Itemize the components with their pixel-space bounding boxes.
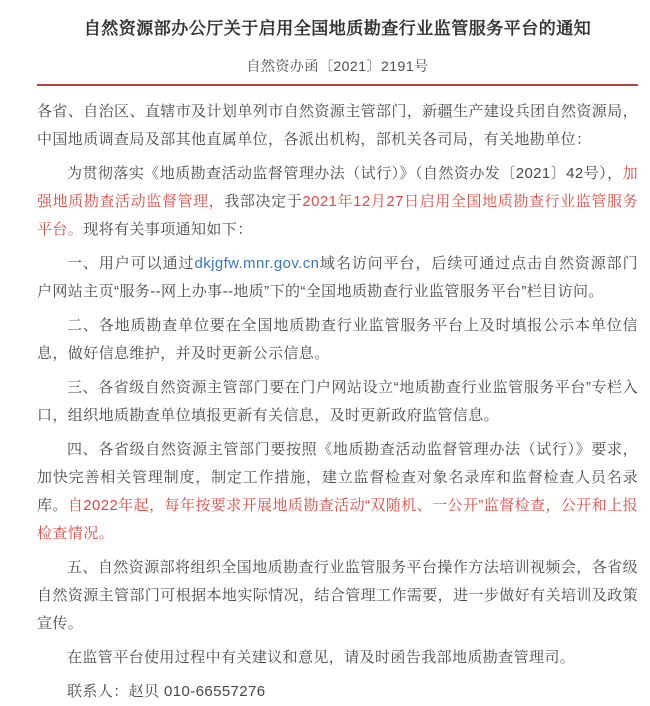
paragraph-5: 三、各省级自然资源主管部门要在门户网站设立“地质勘查行业监管服务平台”专栏入口，…: [37, 374, 638, 430]
paragraph-6: 四、各省级自然资源主管部门要按照《地质勘查活动监督管理办法（试行）》要求，加快完…: [37, 436, 638, 548]
paragraph-4: 二、各地质勘查单位要在全国地质勘查行业监管服务平台上及时填报公示本单位信息，做好…: [37, 312, 638, 368]
document-number: 自然资办函〔2021〕2191号: [37, 57, 638, 75]
text-segment: 为贯彻落实《地质勘查活动监督管理办法（试行）》（自然资办发〔2021〕42号），: [67, 165, 623, 182]
text-segment: 各省、自治区、直辖市及计划单列市自然资源主管部门，新疆生产建设兵团自然资源局，中…: [37, 103, 638, 148]
red-divider-line: [37, 84, 638, 86]
text-segment: 联系人：赵贝 010-66557276: [67, 683, 266, 700]
paragraph-3: 一、用户可以通过dkjgfw.mnr.gov.cn域名访问平台，后续可通过点击自…: [37, 250, 638, 306]
paragraph-2: 为贯彻落实《地质勘查活动监督管理办法（试行）》（自然资办发〔2021〕42号），…: [37, 160, 638, 244]
paragraph-8: 在监管平台使用过程中有关建议和意见，请及时函告我部地质勘查管理司。: [37, 644, 638, 672]
platform-url-link[interactable]: dkjgfw.mnr.gov.cn: [194, 255, 319, 272]
paragraph-9: 联系人：赵贝 010-66557276: [37, 678, 638, 706]
document-body: 各省、自治区、直辖市及计划单列市自然资源主管部门，新疆生产建设兵团自然资源局，中…: [37, 98, 638, 706]
text-segment: 现将有关事项通知如下：: [83, 221, 252, 238]
text-segment: 在监管平台使用过程中有关建议和意见，请及时函告我部地质勘查管理司。: [67, 649, 575, 666]
text-segment: 一、用户可以通过: [67, 255, 194, 272]
text-segment: 三、各省级自然资源主管部门要在门户网站设立“地质勘查行业监管服务平台”专栏入口，…: [37, 379, 638, 424]
document-title: 自然资源部办公厅关于启用全国地质勘查行业监管服务平台的通知: [37, 16, 638, 41]
paragraph-7: 五、自然资源部将组织全国地质勘查行业监管服务平台操作方法培训视频会，各省级自然资…: [37, 554, 638, 638]
notice-document: 自然资源部办公厅关于启用全国地质勘查行业监管服务平台的通知 自然资办函〔2021…: [0, 0, 650, 706]
text-segment: 二、各地质勘查单位要在全国地质勘查行业监管服务平台上及时填报公示本单位信息，做好…: [37, 317, 638, 362]
text-segment: 五、自然资源部将组织全国地质勘查行业监管服务平台操作方法培训视频会，各省级自然资…: [37, 559, 638, 632]
highlight-red-text: 自2022年起，每年按要求开展地质勘查活动“双随机、一公开”监督检查，公开和上报…: [37, 497, 638, 542]
paragraph-1: 各省、自治区、直辖市及计划单列市自然资源主管部门，新疆生产建设兵团自然资源局，中…: [37, 98, 638, 154]
text-segment: 我部决定于: [224, 193, 302, 210]
